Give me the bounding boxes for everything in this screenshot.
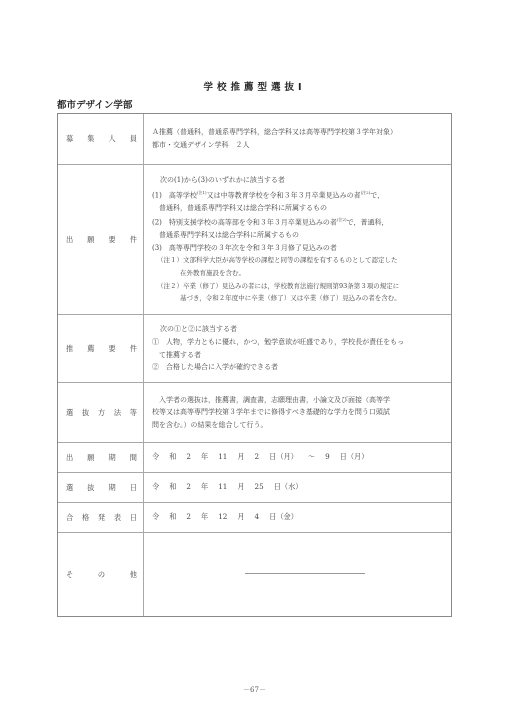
label-selection-method: 選 抜 方 法 等 (58, 383, 144, 442)
admission-table: 募 集 人 員 Ａ推薦（普通科，普通系専門学科，総合学科又は高等専門学校第３学年… (57, 113, 452, 617)
row-announcement-date: 合 格 発 表 日 令 和 2 年 12 月 4 日（金） (58, 503, 451, 533)
label-recommendation-requirements: 推 薦 要 件 (58, 315, 144, 382)
label-application-requirements: 出 願 要 件 (58, 165, 144, 314)
value-selection-date: 令 和 2 年 11 月 25 日（水） (144, 473, 451, 502)
row-application-period: 出 願 期 間 令 和 2 年 11 月 2 日（月） 〜 9 日（月） (58, 443, 451, 473)
row-recommendation-requirements: 推 薦 要 件 次の①と②に該当する者 ① 人物，学力ともに優れ，かつ，勉学意欲… (58, 315, 451, 383)
value-recruitment: Ａ推薦（普通科，普通系専門学科，総合学科又は高等専門学校第３学年対象） 都市・交… (144, 114, 451, 164)
label-other: そ の 他 (58, 533, 144, 616)
row-recruitment: 募 集 人 員 Ａ推薦（普通科，普通系専門学科，総合学科又は高等専門学校第３学年… (58, 114, 451, 165)
label-announcement-date: 合 格 発 表 日 (58, 503, 144, 532)
value-other (144, 533, 451, 616)
page-title: 学校推薦型選抜Ⅰ (0, 79, 509, 93)
value-application-period: 令 和 2 年 11 月 2 日（月） 〜 9 日（月） (144, 443, 451, 472)
value-selection-method: 入学者の選抜は，推薦書，調査書，志願理由書，小論文及び面接（高等学 校等又は高等… (144, 383, 451, 442)
faculty-heading: 都市デザイン学部 (57, 97, 132, 111)
label-recruitment: 募 集 人 員 (58, 114, 144, 164)
page-number: －67－ (0, 685, 509, 695)
row-other: そ の 他 (58, 533, 451, 616)
value-application-requirements: 次の(1)から(3)のいずれかに該当する者 (1) 高等学校(注1)又は中等教育… (144, 165, 451, 314)
empty-dash-line (245, 573, 365, 574)
row-selection-date: 選 抜 期 日 令 和 2 年 11 月 25 日（水） (58, 473, 451, 503)
label-application-period: 出 願 期 間 (58, 443, 144, 472)
value-announcement-date: 令 和 2 年 12 月 4 日（金） (144, 503, 451, 532)
row-application-requirements: 出 願 要 件 次の(1)から(3)のいずれかに該当する者 (1) 高等学校(注… (58, 165, 451, 315)
value-recommendation-requirements: 次の①と②に該当する者 ① 人物，学力ともに優れ，かつ，勉学意欲が旺盛であり，学… (144, 315, 451, 382)
row-selection-method: 選 抜 方 法 等 入学者の選抜は，推薦書，調査書，志願理由書，小論文及び面接（… (58, 383, 451, 443)
label-selection-date: 選 抜 期 日 (58, 473, 144, 502)
